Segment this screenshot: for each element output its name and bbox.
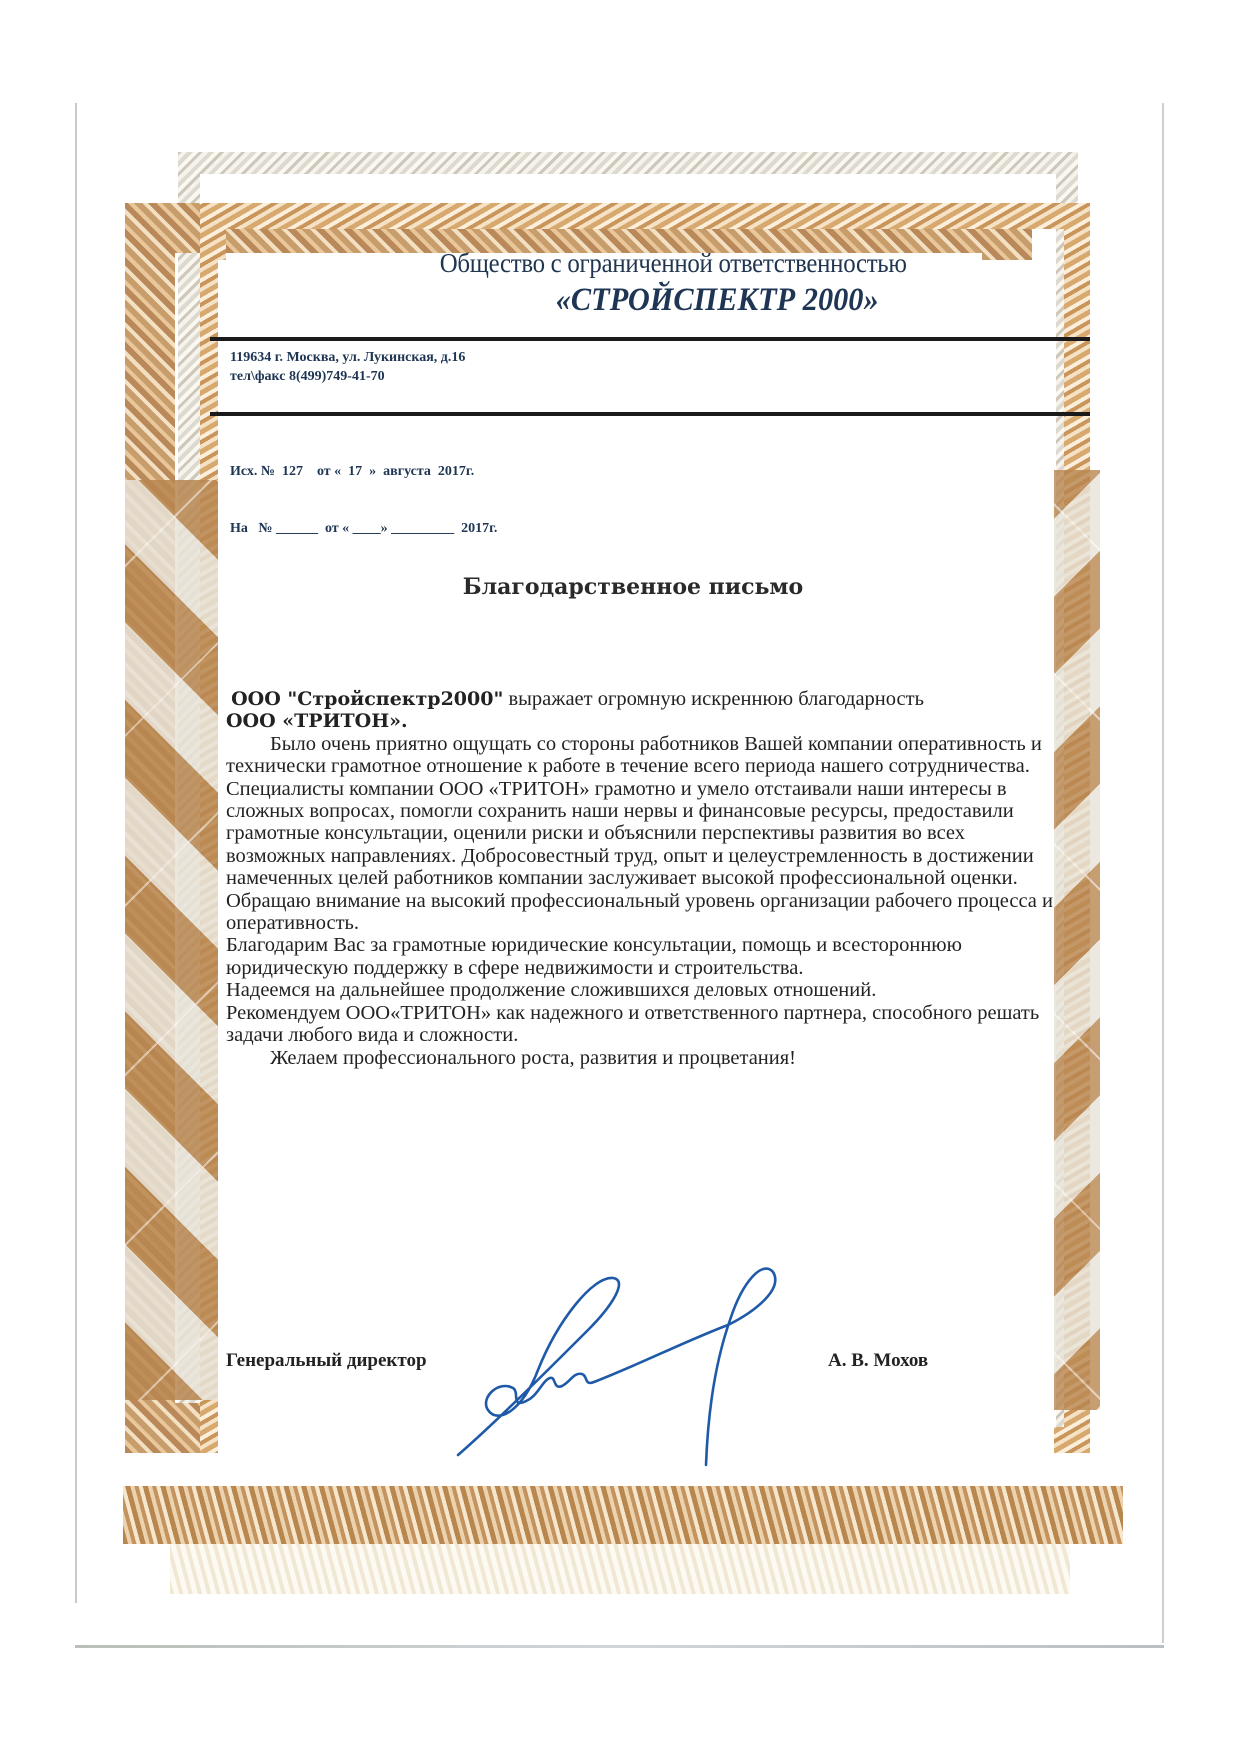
scan-paper-edge-bottom xyxy=(75,1645,1164,1648)
letterhead-divider-top xyxy=(210,337,1090,341)
scan-paper-edge-left xyxy=(75,103,77,1603)
sender-company: ООО "Стройспектр2000" xyxy=(231,688,503,710)
ornamental-border-bottom-faded xyxy=(170,1544,1070,1594)
organization-name: «СТРОЙСПЕКТР 2000» xyxy=(478,282,956,319)
letter-content: Общество с ограниченной ответственностью… xyxy=(218,260,1054,1476)
letter-body: ООО "Стройспектр2000" выражает огромную … xyxy=(226,688,1066,1069)
handwritten-signature-icon xyxy=(438,1260,858,1470)
signature-block: Генеральный директор А. В. Мохов xyxy=(218,1260,1058,1420)
scan-paper-edge-right xyxy=(1162,103,1164,1643)
phone-fax: тел\факс 8(499)749-41-70 xyxy=(230,367,465,386)
body-paragraph: Рекомендуем ООО«ТРИТОН» как надежного и … xyxy=(226,1002,1066,1047)
body-paragraph: Надеемся на дальнейшее продолжение сложи… xyxy=(226,979,1066,1001)
lead-sentence-rest: выражает огромную искреннюю благодарност… xyxy=(503,688,924,710)
letterhead-divider-bottom xyxy=(210,412,1090,416)
incoming-reference: На № ______ от « ____» _________ 2017г. xyxy=(230,519,497,538)
signatory-position: Генеральный директор xyxy=(226,1350,427,1372)
address: 119634 г. Москва, ул. Лукинская, д.16 xyxy=(230,348,465,367)
organization-type: Общество с ограниченной ответственностью xyxy=(388,248,958,279)
ornamental-border-bottom xyxy=(123,1486,1123,1544)
reference-block: Исх. № 127 от « 17 » августа 2017г. На №… xyxy=(230,424,497,576)
signatory-name: А. В. Мохов xyxy=(828,1350,928,1372)
body-paragraph: Было очень приятно ощущать со стороны ра… xyxy=(226,733,1066,935)
contact-block: 119634 г. Москва, ул. Лукинская, д.16 те… xyxy=(230,348,465,386)
outgoing-reference: Исх. № 127 от « 17 » августа 2017г. xyxy=(230,462,497,481)
lead-sentence: ООО "Стройспектр2000" выражает огромную … xyxy=(226,688,1066,710)
body-paragraph: Благодарим Вас за грамотные юридические … xyxy=(226,934,1066,979)
closing-wish: Желаем профессионального роста, развития… xyxy=(226,1047,1066,1069)
document-title: Благодарственное письмо xyxy=(218,574,1048,600)
ornamental-braid-left xyxy=(125,480,220,1400)
recipient-company: ООО «ТРИТОН». xyxy=(226,710,1066,732)
